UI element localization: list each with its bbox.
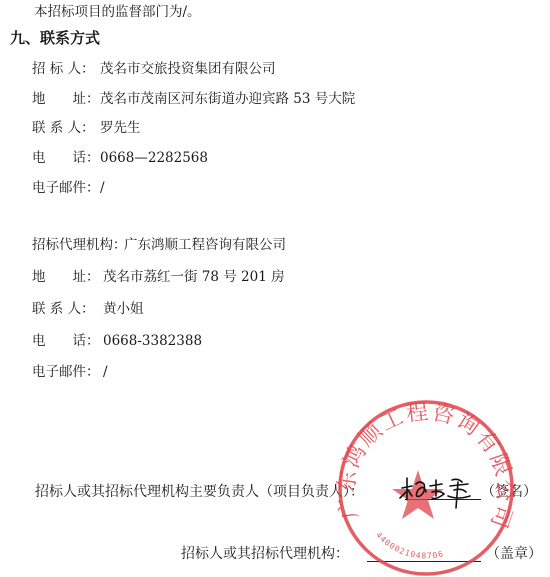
agency-address-label: 地 址： [32,269,100,285]
agency-phone-value: 0668-3382388 [103,333,202,349]
tenderer-email-label: 电子邮件： [32,180,100,196]
section-heading: 九、联系方式 [10,30,100,46]
tenderer-phone-value: 0668—2282568 [100,150,208,166]
signature-label: 招标人或其招标代理机构主要负责人（项目负责人）： [35,484,364,500]
intro-line: 本招标项目的监督部门为/。 [34,4,201,20]
signature-underline [405,499,481,500]
agency-name-label: 招标代理机构： [32,237,127,253]
stamp-text: 广东鸿顺工程咨询有限公司 [336,400,516,533]
svg-text:广东鸿顺工程咨询有限公司: 广东鸿顺工程咨询有限公司 [336,400,516,533]
seal-suffix: （盖章） [486,546,542,562]
tenderer-address-value: 茂名市茂南区河东街道办迎宾路 53 号大院 [100,91,355,107]
tenderer-name-label: 招 标 人： [32,61,95,77]
tenderer-contact-value: 罗先生 [100,120,141,136]
tenderer-name-value: 茂名市交旅投资集团有限公司 [100,61,276,77]
agency-contact-label: 联 系 人： [32,301,95,317]
agency-address-value: 茂名市荔红一街 78 号 201 房 [103,269,285,285]
agency-phone-label: 电 话： [32,333,100,349]
agency-email-value: / [103,364,108,380]
tenderer-contact-label: 联 系 人： [32,120,95,136]
tenderer-phone-label: 电 话： [32,150,100,166]
seal-underline [367,561,481,562]
handwritten-signature-icon [396,470,486,510]
tenderer-email-value: / [100,180,105,196]
svg-text:4400021048706: 4400021048706 [374,530,445,560]
agency-contact-value: 黄小姐 [103,301,144,317]
agency-email-label: 电子邮件： [32,364,100,380]
seal-label: 招标人或其招标代理机构： [181,546,349,562]
agency-name-value: 广东鸿顺工程咨询有限公司 [124,237,286,253]
signature-suffix: （签名） [481,484,537,500]
tenderer-address-label: 地 址： [32,91,100,107]
stamp-number: 4400021048706 [374,530,445,560]
